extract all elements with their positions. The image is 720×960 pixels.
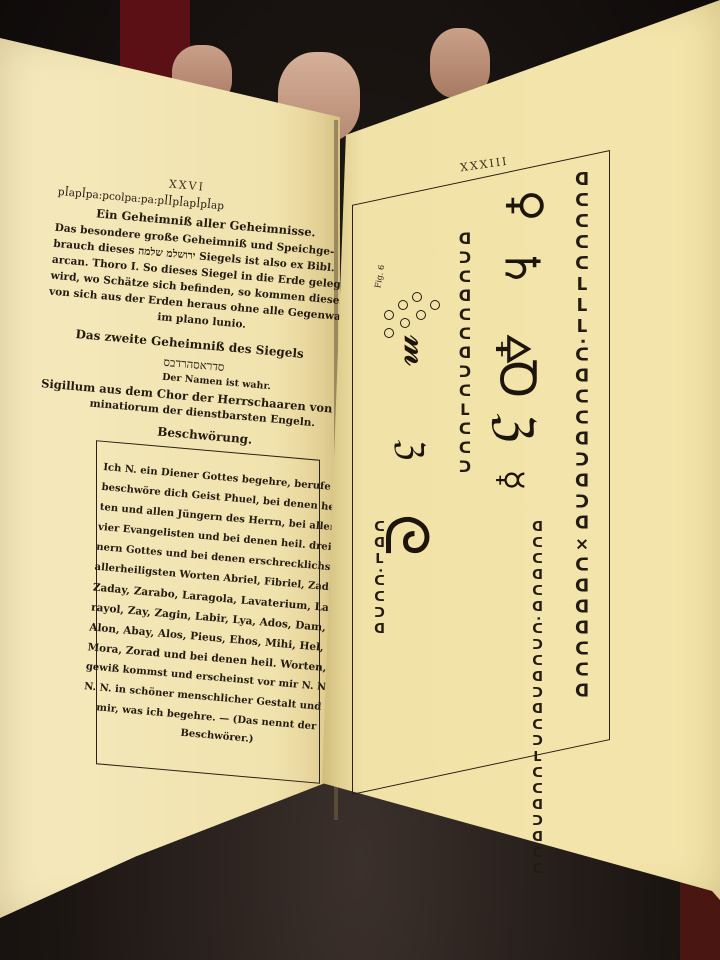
- circle-mark: [400, 318, 410, 328]
- cipher-column-3: ᗡᑐᑕᗡᑕᑕᗡᑐᑕᒪᑕᑕᑐ: [456, 230, 474, 710]
- venus-symbol: ♀: [501, 189, 552, 221]
- cipher-column-4: ᑕᗡᒪ·ᑕᑕᑐᗡ: [372, 520, 387, 680]
- circle-mark: [384, 310, 394, 320]
- circle-mark: [384, 328, 394, 338]
- cipher-column-2: ᗡᑕᑕᗡᑕᗡ·ᑕᑐᑕᗡᑐᗡᑕᑐᒪᑕᑕᗡᑐᗡᑕᑕ: [530, 520, 545, 720]
- saturn-symbol: ♄: [494, 246, 550, 289]
- circle-mark: [430, 300, 440, 310]
- circle-mark: [416, 310, 426, 320]
- spiral-sigil-1: 𝓶: [395, 335, 437, 367]
- z-sigil-symbol: ℨ: [487, 413, 543, 443]
- circle-mark: [412, 292, 422, 302]
- circle-mark: [398, 300, 408, 310]
- cipher-column-1: ᗡᑕᑕᑕᑕᒪᒪᒪ·ᑕᗡᑕᑕᗡᑐᗡᑐᗡ×ᑕᗡᗡᗡᑕᑕᗡ: [572, 170, 592, 730]
- spiral-sigil-2: ℨ: [390, 440, 430, 461]
- d-sigil-symbol: Ꝺ: [485, 360, 553, 399]
- mercury-symbol: ☿: [490, 470, 530, 491]
